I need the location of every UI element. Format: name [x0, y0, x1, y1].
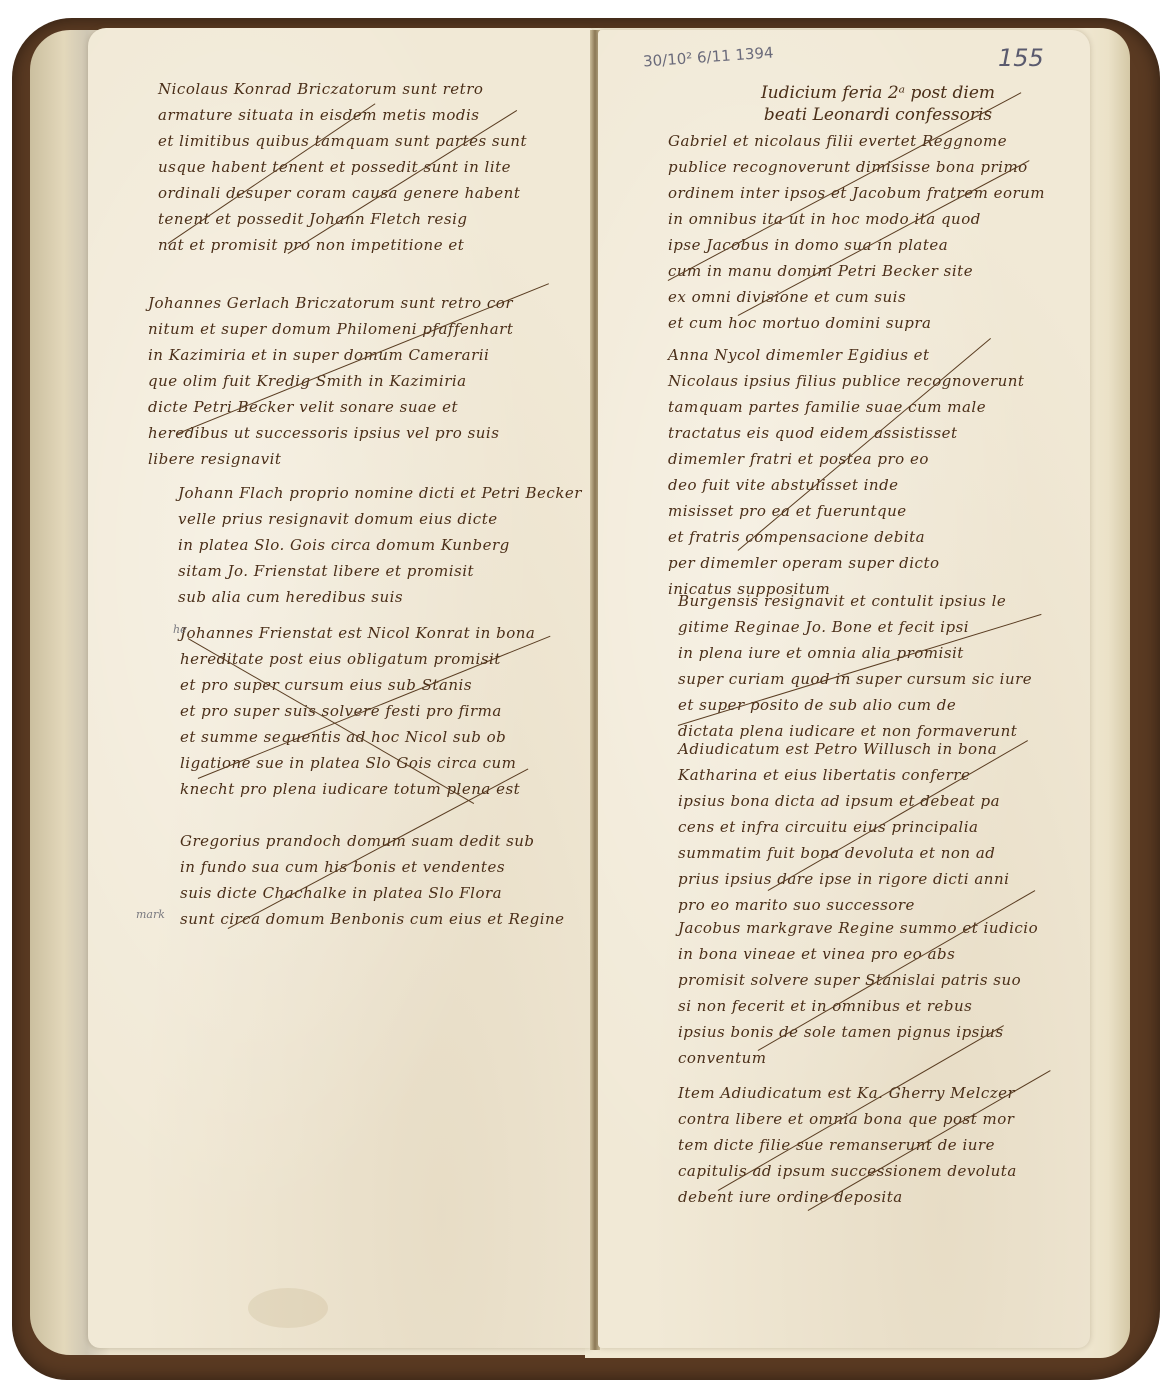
- text-line: capitulis ad ipsum successionem devoluta: [678, 1158, 1017, 1184]
- text-line: in fundo sua cum his bonis et vendentes: [180, 854, 565, 880]
- text-line: Burgensis resignavit et contulit ipsius …: [678, 588, 1032, 614]
- left-entry-3: Johann Flach proprio nomine dicti et Pet…: [178, 480, 582, 610]
- left-entry-4: Johannes Frienstat est Nicol Konrat in b…: [180, 620, 535, 802]
- text-line: ipsius bona dicta ad ipsum et debeat pa: [678, 788, 1009, 814]
- text-line: cens et infra circuitu eius principalia: [678, 814, 1009, 840]
- text-line: gitime Reginae Jo. Bone et fecit ipsi: [678, 614, 1032, 640]
- margin-note: he: [173, 623, 187, 636]
- text-line: Item Adiudicatum est Ka. Gherry Melczer: [678, 1080, 1017, 1106]
- text-line: et pro super suis solvere festi pro firm…: [180, 698, 535, 724]
- text-line: tractatus eis quod eidem assistisset: [668, 420, 1024, 446]
- text-line: ex omni divisione et cum suis: [668, 284, 1045, 310]
- text-line: publice recognoverunt dimisisse bona pri…: [668, 154, 1045, 180]
- text-line: deo fuit vite abstulisset inde: [668, 472, 1024, 498]
- text-line: ipse Jacobus in domo sua in platea: [668, 232, 1045, 258]
- text-line: ordinem inter ipsos et Jacobum fratrem e…: [668, 180, 1045, 206]
- text-line: Johann Flach proprio nomine dicti et Pet…: [178, 480, 582, 506]
- text-line: cum in manu domini Petri Becker site: [668, 258, 1045, 284]
- text-line: et fratris compensacione debita: [668, 524, 1024, 550]
- text-line: si non fecerit et in omnibus et rebus: [678, 993, 1038, 1019]
- text-line: in Kazimiria et in super domum Camerarii: [148, 342, 513, 368]
- right-entry-6: Item Adiudicatum est Ka. Gherry Melczer …: [678, 1080, 1017, 1210]
- text-line: knecht pro plena iudicare totum plena es…: [180, 776, 535, 802]
- text-line: summatim fuit bona devoluta et non ad: [678, 840, 1009, 866]
- text-line: velle prius resignavit domum eius dicte: [178, 506, 582, 532]
- text-line: libere resignavit: [148, 446, 513, 472]
- text-line: et cum hoc mortuo domini supra: [668, 310, 1045, 336]
- text-line: hereditate post eius obligatum promisit: [180, 646, 535, 672]
- text-line: tem dicte filie sue remanserunt de iure: [678, 1132, 1017, 1158]
- water-stain: [248, 1288, 328, 1328]
- pencil-date-note: 30/10² 6/11 1394: [643, 43, 775, 70]
- text-line: Johannes Gerlach Briczatorum sunt retro …: [148, 290, 513, 316]
- text-line: sunt circa domum Benbonis cum eius et Re…: [180, 906, 565, 932]
- text-line: conventum: [678, 1045, 1038, 1071]
- right-entry-4: Adiudicatum est Petro Willusch in bona K…: [678, 736, 1009, 918]
- margin-note: mark: [136, 908, 165, 921]
- text-line: et super posito de sub alio cum de: [678, 692, 1032, 718]
- text-line: Gabriel et nicolaus filii evertet Reggno…: [668, 128, 1045, 154]
- folio-number: 155: [998, 44, 1044, 72]
- text-line: in platea Slo. Gois circa domum Kunberg: [178, 532, 582, 558]
- right-page: 30/10² 6/11 1394 155 Iudicium feria 2ᵃ p…: [598, 30, 1090, 1348]
- page-heading: Iudicium feria 2ᵃ post diem beati Leonar…: [738, 82, 1018, 126]
- text-line: Nicolaus Konrad Briczatorum sunt retro: [158, 76, 527, 102]
- text-line: Adiudicatum est Petro Willusch in bona: [678, 736, 1009, 762]
- heading-line: Iudicium feria 2ᵃ post diem: [738, 82, 1018, 104]
- text-line: suis dicte Chachalke in platea Slo Flora: [180, 880, 565, 906]
- left-entry-5: Gregorius prandoch domum suam dedit sub …: [180, 828, 565, 932]
- left-entry-2: Johannes Gerlach Briczatorum sunt retro …: [148, 290, 513, 472]
- right-entry-2: Anna Nycol dimemler Egidius et Nicolaus …: [668, 342, 1024, 602]
- right-entry-3: Burgensis resignavit et contulit ipsius …: [678, 588, 1032, 744]
- text-line: et pro super cursum eius sub Stanis: [180, 672, 535, 698]
- text-line: promisit solvere super Stanislai patris …: [678, 967, 1038, 993]
- text-line: misisset pro ea et fueruntque: [668, 498, 1024, 524]
- text-line: Nicolaus ipsius filius publice recognove…: [668, 368, 1024, 394]
- text-line: ipsius bonis de sole tamen pignus ipsius: [678, 1019, 1038, 1045]
- text-line: dicte Petri Becker velit sonare suae et: [148, 394, 513, 420]
- text-line: in plena iure et omnia alia promisit: [678, 640, 1032, 666]
- text-line: usque habent tenent et possedit sunt in …: [158, 154, 527, 180]
- text-line: per dimemler operam super dicto: [668, 550, 1024, 576]
- right-entry-1: Gabriel et nicolaus filii evertet Reggno…: [668, 128, 1045, 336]
- text-line: in omnibus ita ut in hoc modo ita quod: [668, 206, 1045, 232]
- text-line: sub alia cum heredibus suis: [178, 584, 582, 610]
- text-line: tamquam partes familie suae cum male: [668, 394, 1024, 420]
- text-line: et limitibus quibus tamquam sunt partes …: [158, 128, 527, 154]
- left-entry-1: Nicolaus Konrad Briczatorum sunt retro a…: [158, 76, 527, 258]
- text-line: sitam Jo. Frienstat libere et promisit: [178, 558, 582, 584]
- text-line: Katharina et eius libertatis conferre: [678, 762, 1009, 788]
- text-line: Johannes Frienstat est Nicol Konrat in b…: [180, 620, 535, 646]
- left-page: Nicolaus Konrad Briczatorum sunt retro a…: [88, 28, 593, 1348]
- text-line: prius ipsius dare ipse in rigore dicti a…: [678, 866, 1009, 892]
- text-line: nat et promisit pro non impetitione et: [158, 232, 527, 258]
- text-line: ordinali desuper coram causa genere habe…: [158, 180, 527, 206]
- text-line: in bona vineae et vinea pro eo abs: [678, 941, 1038, 967]
